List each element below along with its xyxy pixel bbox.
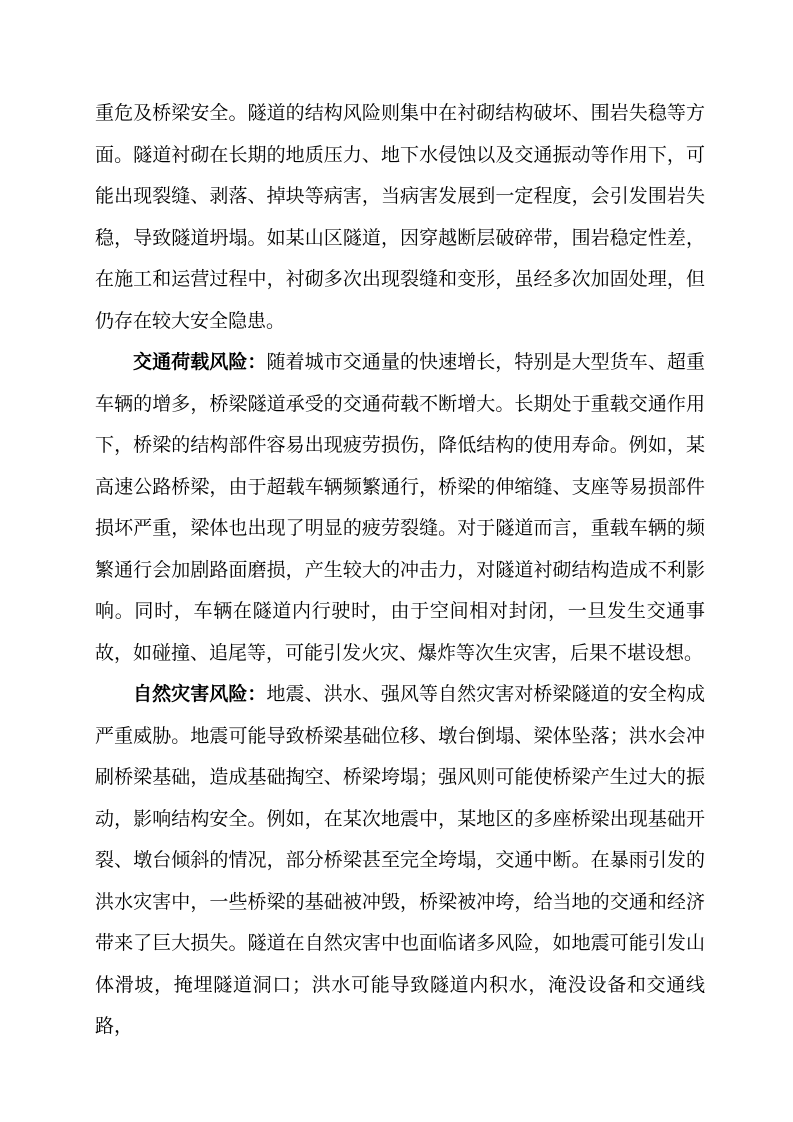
paragraph-lead: 交通荷载风险： [133, 352, 266, 373]
paragraph-traffic-load-risk: 交通荷载风险：随着城市交通量的快速增长，特别是大型货车、超重车辆的增多，桥梁隧道… [95, 342, 705, 674]
paragraph-lead: 自然灾害风险： [133, 684, 266, 705]
paragraph-structural-risk: 重危及桥梁安全。隧道的结构风险则集中在衬砌结构破坏、围岩失稳等方面。隧道衬砌在长… [95, 93, 705, 342]
paragraph-text: 地震、洪水、强风等自然灾害对桥梁隧道的安全构成严重威胁。地震可能导致桥梁基础位移… [95, 684, 705, 1037]
paragraph-text: 重危及桥梁安全。隧道的结构风险则集中在衬砌结构破坏、围岩失稳等方面。隧道衬砌在长… [95, 103, 705, 332]
document-page: 重危及桥梁安全。隧道的结构风险则集中在衬砌结构破坏、围岩失稳等方面。隧道衬砌在长… [0, 0, 793, 1122]
document-body: 重危及桥梁安全。隧道的结构风险则集中在衬砌结构破坏、围岩失稳等方面。隧道衬砌在长… [95, 93, 705, 1048]
paragraph-text: 随着城市交通量的快速增长，特别是大型货车、超重车辆的增多，桥梁隧道承受的交通荷载… [95, 352, 705, 664]
paragraph-natural-disaster-risk: 自然灾害风险：地震、洪水、强风等自然灾害对桥梁隧道的安全构成严重威胁。地震可能导… [95, 674, 705, 1048]
